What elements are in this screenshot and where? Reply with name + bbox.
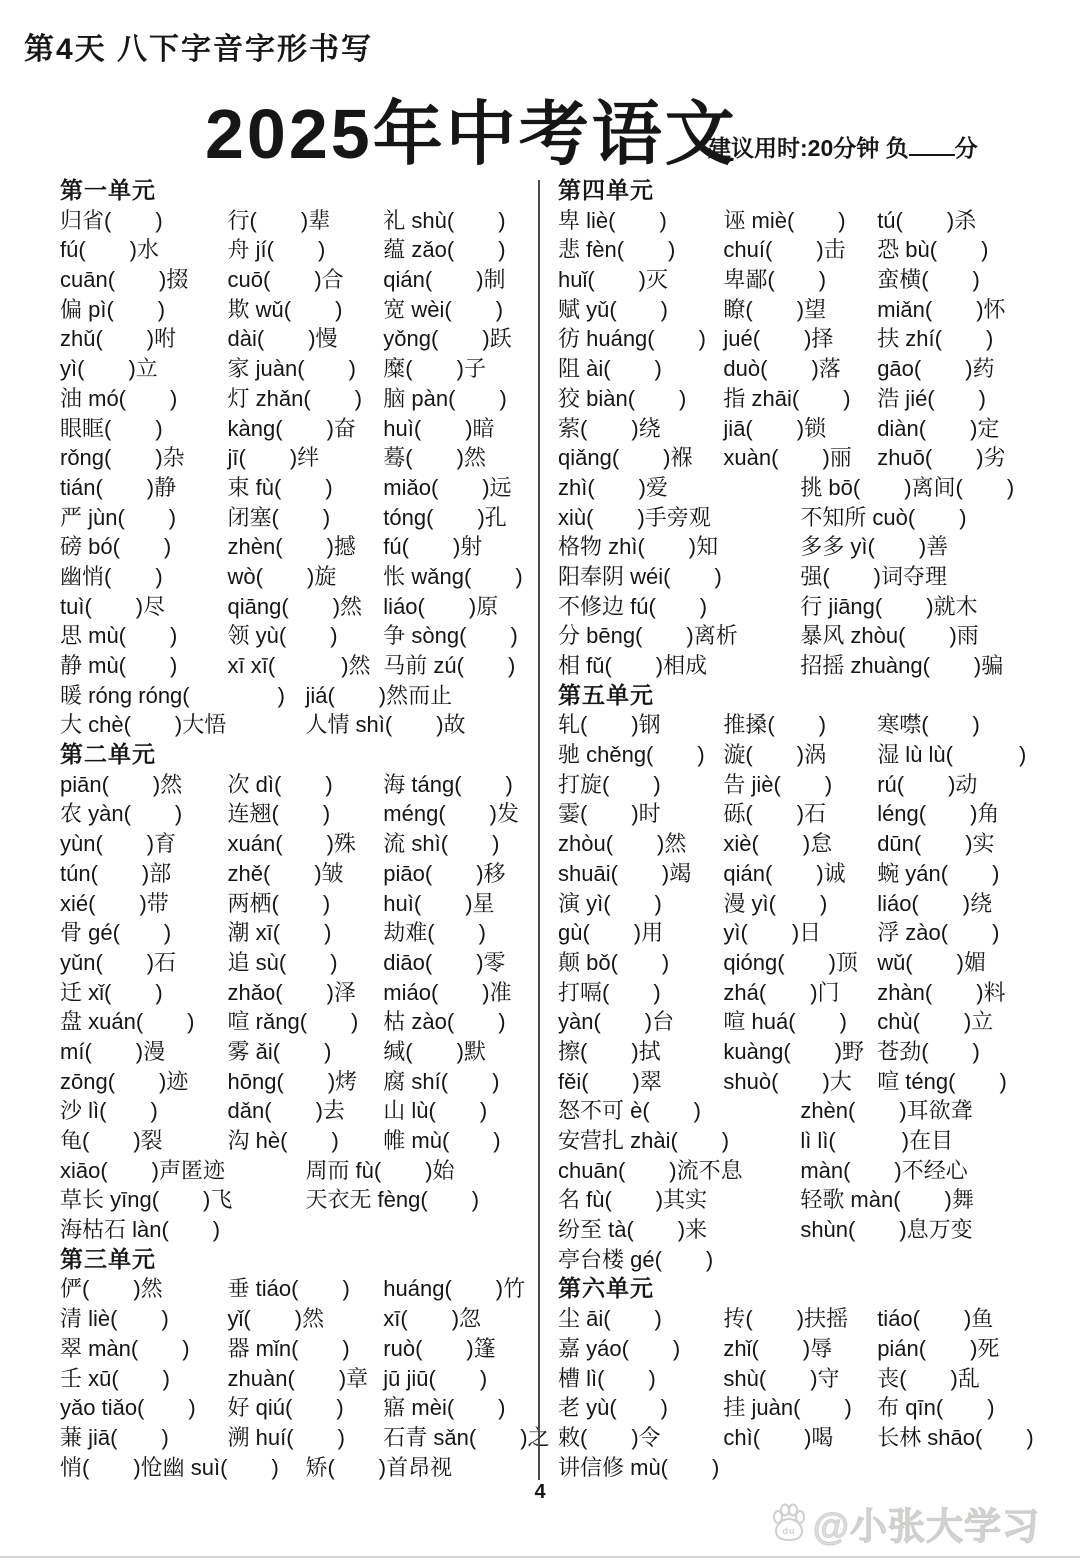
exercise-item: 矫( )首昂视 [305,1453,532,1483]
exercise-row: xiù( )手旁观不知所 cuò( ) [558,503,1024,533]
exercise-item: jué( )择 [723,324,877,354]
exercise-row: 沙 lì( )dǎn( )去山 lù( ) [60,1096,532,1126]
exercise-row: 格物 zhì( )知多多 yì( )善 [558,532,1024,562]
exercise-item: ruò( )篷 [383,1334,532,1364]
exercise-item: tóng( )孔 [383,503,532,533]
exercise-item: 严 jùn( ) [60,503,228,533]
exercise-item: 颠 bǒ( ) [558,948,723,978]
exercise-item: miǎn( )怀 [877,295,1024,325]
exercise-item: 蜿 yán( ) [877,859,1024,889]
exercise-item: 归省( ) [60,206,228,236]
exercise-item: huì( )暗 [383,414,532,444]
exercise-item: 瞭( )望 [723,295,877,325]
exercise-item: cuō( )合 [228,265,384,295]
svg-text:du: du [782,1526,795,1536]
exercise-row: 眼眶( )kàng( )奋huì( )暗 [60,414,532,444]
score-prefix: 负 [886,135,909,161]
exercise-item: zhàn( )料 [877,978,1024,1008]
exercise-item: hōng( )烤 [228,1067,384,1097]
score-suffix: 分 [955,135,978,161]
suggested-time-note: 建议用时:20分钟 负分 [708,130,978,163]
exercise-item: 讲信修 mù( ) [558,1453,1024,1483]
exercise-item: diāo( )零 [383,948,532,978]
exercise-item: chuān( )流不息 [558,1156,800,1186]
exercise-item: huì( )星 [383,889,532,919]
exercise-item: 蕴 zǎo( ) [383,235,532,265]
exercise-item: 恐 bù( ) [877,235,1024,265]
exercise-row: 龟( )裂沟 hè( )帷 mù( ) [60,1126,532,1156]
section-heading: 第四单元 [558,176,1024,206]
exercise-item: 喧 téng( ) [877,1067,1024,1097]
exercise-item: 诬 miè( ) [723,206,877,236]
exercise-item: zhòu( )然 [558,829,723,859]
exercise-item: 阻 ài( ) [558,354,723,384]
exercise-item: 卑 liè( ) [558,206,723,236]
exercise-item: 垂 tiáo( ) [228,1274,384,1304]
exercise-item: shù( )守 [723,1364,877,1394]
exercise-row: 轧( )钢推搡( )寒噤( ) [558,710,1024,740]
exercise-item: qiāng( )然 [228,592,384,622]
exercise-row: yùn( )育xuán( )殊流 shì( ) [60,829,532,859]
exercise-row: piān( )然次 dì( )海 táng( ) [60,770,532,800]
exercise-row: fěi( )翠shuò( )大喧 téng( ) [558,1067,1024,1097]
exercise-item: zhì( )爱 [558,473,800,503]
exercise-item: 眼眶( ) [60,414,228,444]
exercise-item: huáng( )竹 [383,1274,532,1304]
exercise-item: 暴风 zhòu( )雨 [800,621,1024,651]
exercise-item: 分 bēng( )离析 [558,621,800,651]
exercise-item: 阳奉阴 wéi( ) [558,562,800,592]
exercise-item: 寒噤( ) [877,710,1024,740]
exercise-item: 怒不可 è( ) [558,1096,800,1126]
exercise-item: xuán( )殊 [228,829,384,859]
exercise-row: yǎo tiǎo( )好 qiú( )寤 mèi( ) [60,1393,532,1423]
exercise-item: 砾( )石 [723,799,877,829]
exercise-item: 擦( )拭 [558,1037,723,1067]
exercise-item: 家 juàn( ) [228,354,384,384]
exercise-item: jiá( )然而止 [305,681,532,711]
exercise-item: zhǔ( )咐 [60,324,228,354]
exercise-row: gù( )用yì( )日浮 zào( ) [558,918,1024,948]
exercise-row: 不修边 fú( )行 jiāng( )就木 [558,592,1024,622]
exercise-row: 相 fǔ( )相成招摇 zhuàng( )骗 [558,651,1024,681]
exercise-item: fú( )水 [60,235,228,265]
exercise-item: 浮 zào( ) [877,918,1024,948]
exercise-item: 驰 chěng( ) [558,740,723,770]
exercise-row: 萦( )绕jiā( )锁diàn( )定 [558,414,1024,444]
exercise-item: zhá( )门 [723,978,877,1008]
exercise-item: 喧 huá( ) [723,1007,877,1037]
exercise-item: 清 liè( ) [60,1304,228,1334]
exercise-item: 静 mù( ) [60,651,228,681]
exercise-row: 悲 fèn( )chuí( )击恐 bù( ) [558,235,1024,265]
exercise-item: tú( )杀 [877,206,1024,236]
exercise-item: liáo( )绕 [877,889,1024,919]
exercise-item: 演 yì( ) [558,889,723,919]
exercise-item: yǒng( )跃 [383,324,532,354]
exercise-item: 格物 zhì( )知 [558,532,800,562]
exercise-item: 赋 yǔ( ) [558,295,723,325]
section-heading: 第一单元 [60,176,532,206]
exercise-item: 漩( )涡 [723,740,877,770]
bottom-rule [0,1556,1080,1558]
exercise-item: 推搡( ) [723,710,877,740]
exercise-item: xī( )忽 [383,1304,532,1334]
exercise-row: 颠 bǒ( )qióng( )顶wǔ( )媚 [558,948,1024,978]
exercise-item: xiāo( )声匿迹 [60,1156,305,1186]
exercise-row: 骨 gé( )潮 xī( )劫难( ) [60,918,532,948]
exercise-item: miǎo( )远 [383,473,532,503]
exercise-item: piāo( )移 [383,859,532,889]
exercise-item: 器 mǐn( ) [228,1334,384,1364]
exercise-item: 马前 zú( ) [383,651,532,681]
exercise-item: zōng( )迹 [60,1067,228,1097]
exercise-row: yì( )立家 juàn( )糜( )子 [60,354,532,384]
exercise-item: 天衣无 fèng( ) [305,1185,532,1215]
exercise-item: dài( )慢 [228,324,384,354]
exercise-item: piān( )然 [60,770,228,800]
exercise-item: jiā( )锁 [723,414,877,444]
exercise-item: 雾 ǎi( ) [228,1037,384,1067]
exercise-row: xié( )带两栖( )huì( )星 [60,889,532,919]
exercise-item: méng( )发 [383,799,532,829]
exercise-item: 抟( )扶摇 [723,1304,877,1334]
exercise-item: rǒng( )杂 [60,443,228,473]
exercise-row: 打旋( )告 jiè( )rú( )动 [558,770,1024,800]
exercise-row: 草长 yīng( )飞天衣无 fèng( ) [60,1185,532,1215]
exercise-item: 油 mó( ) [60,384,228,414]
exercise-item: wò( )旋 [228,562,384,592]
exercise-row: 蒹 jiā( )溯 huí( )石青 sǎn( )之 [60,1423,532,1453]
exercise-item: 不修边 fú( ) [558,592,800,622]
exercise-item: gāo( )药 [877,354,1024,384]
exercise-item: 亭台楼 gé( ) [558,1245,1024,1275]
exercise-item: 人情 shì( )故 [305,710,532,740]
exercise-item: 尘 āi( ) [558,1304,723,1334]
exercise-row: 油 mó( )灯 zhǎn( )脑 pàn( ) [60,384,532,414]
exercise-row: 严 jùn( )闭塞( )tóng( )孔 [60,503,532,533]
exercise-row: 清 liè( )yǐ( )然xī( )忽 [60,1304,532,1334]
exercise-item: 纷至 tà( )来 [558,1215,800,1245]
exercise-item: xié( )带 [60,889,228,919]
exercise-item: shuāi( )竭 [558,859,723,889]
page-title: 2025年中考语文 [205,78,738,179]
exercise-row: 安营扎 zhài( )lì lì( )在目 [558,1126,1024,1156]
section-heading: 第五单元 [558,681,1024,711]
exercise-row: 纷至 tà( )来shùn( )息万变 [558,1215,1024,1245]
exercise-item: xī xī( )然 [228,651,384,681]
exercise-item: 喧 rǎng( ) [228,1007,384,1037]
section-heading: 第三单元 [60,1245,532,1275]
exercise-row: tuì( )尽qiāng( )然liáo( )原 [60,592,532,622]
exercise-item: 好 qiú( ) [228,1393,384,1423]
exercise-row: 壬 xū( )zhuàn( )章jū jiū( ) [60,1364,532,1394]
exercise-item: diàn( )定 [877,414,1024,444]
exercise-item: duò( )落 [723,354,877,384]
exercise-item: 霎( )时 [558,799,723,829]
exercise-row: 暖 róng róng( )jiá( )然而止 [60,681,532,711]
exercise-item: 枯 zào( ) [383,1007,532,1037]
exercise-item: 沙 lì( ) [60,1096,228,1126]
exercise-row: 阻 ài( )duò( )落gāo( )药 [558,354,1024,384]
exercise-row: 尘 āi( )抟( )扶摇tiáo( )鱼 [558,1304,1024,1334]
exercise-row: 狡 biàn( )指 zhāi( )浩 jié( ) [558,384,1024,414]
exercise-item: 糜( )子 [383,354,532,384]
exercise-item: 打嗝( ) [558,978,723,1008]
page-header: 第4天 八下字音字形书写 [24,24,373,68]
exercise-item: 行( )辈 [228,206,384,236]
exercise-item: rú( )动 [877,770,1024,800]
exercise-row: 磅 bó( )zhèn( )撼fú( )射 [60,532,532,562]
exercise-item: mí( )漫 [60,1037,228,1067]
exercise-row: 悄( )怆幽 suì( )矫( )首昂视 [60,1453,532,1483]
exercise-item: zhǎo( )泽 [228,978,384,1008]
exercise-item: miáo( )准 [383,978,532,1008]
exercise-item: 湿 lù lù( ) [877,740,1026,770]
exercise-row: 海枯石 làn( ) [60,1215,532,1245]
exercise-row: 偏 pì( )欺 wǔ( )宽 wèi( ) [60,295,532,325]
exercise-item: 蒹 jiā( ) [60,1423,228,1453]
exercise-row: tián( )静束 fù( )miǎo( )远 [60,473,532,503]
exercise-item: 布 qīn( ) [877,1393,1024,1423]
exercise-item: tún( )部 [60,859,228,889]
exercise-item: 迁 xǐ( ) [60,978,228,1008]
exercise-row: 归省( )行( )辈礼 shù( ) [60,206,532,236]
exercise-item: 挑 bō( )离间( ) [800,473,1024,503]
exercise-item: chuí( )击 [723,235,877,265]
exercise-item: qián( )诚 [723,859,877,889]
exercise-item: 石青 sǎn( )之 [383,1423,549,1453]
exercise-item: liáo( )原 [383,592,532,622]
exercise-row: 盘 xuán( )喧 rǎng( )枯 zào( ) [60,1007,532,1037]
exercise-item: 悄( )怆幽 suì( ) [60,1453,305,1483]
exercise-item: yǔn( )石 [60,948,228,978]
exercise-item: 思 mù( ) [60,621,228,651]
score-blank [909,134,955,156]
exercise-item: wǔ( )媚 [877,948,1024,978]
exercise-row: zhǔ( )咐dài( )慢yǒng( )跃 [60,324,532,354]
exercise-item: 次 dì( ) [228,770,384,800]
exercise-item: 连翘( ) [228,799,384,829]
exercise-item: 偏 pì( ) [60,295,228,325]
exercise-item: 槽 lì( ) [558,1364,723,1394]
exercise-item: 海 táng( ) [383,770,532,800]
exercise-item: 不知所 cuò( ) [800,503,1024,533]
exercise-row: 分 bēng( )离析暴风 zhòu( )雨 [558,621,1024,651]
exercise-row: 卑 liè( )诬 miè( )tú( )杀 [558,206,1024,236]
exercise-item: 彷 huáng( ) [558,324,723,354]
section-heading: 第二单元 [60,740,532,770]
exercise-row: fú( )水舟 jí( )蕴 zǎo( ) [60,235,532,265]
exercise-item: 悲 fèn( ) [558,235,723,265]
left-column: 第一单元归省( )行( )辈礼 shù( )fú( )水舟 jí( )蕴 zǎo… [60,176,532,1482]
exercise-item: 行 jiāng( )就木 [800,592,1024,622]
exercise-item: pián( )死 [877,1334,1024,1364]
exercise-item: 腐 shí( ) [383,1067,532,1097]
exercise-row: 擦( )拭kuàng( )野苍劲( ) [558,1037,1024,1067]
exercise-item: 两栖( ) [228,889,384,919]
exercise-item: 龟( )裂 [60,1126,228,1156]
exercise-item: yǐ( )然 [228,1304,384,1334]
section-heading: 第六单元 [558,1274,1024,1304]
exercise-item: 指 zhāi( ) [723,384,877,414]
exercise-item: yì( )立 [60,354,228,384]
exercise-item: 名 fù( )其实 [558,1185,800,1215]
exercise-item: 骨 gé( ) [60,918,228,948]
exercise-row: qiǎng( )褓xuàn( )丽zhuō( )劣 [558,443,1024,473]
exercise-item: 礼 shù( ) [383,206,532,236]
exercise-item: fěi( )翠 [558,1067,723,1097]
exercise-row: yàn( )台喧 huá( )chù( )立 [558,1007,1024,1037]
exercise-row: zōng( )迹hōng( )烤腐 shí( ) [60,1067,532,1097]
exercise-row: huǐ( )灭卑鄙( )蛮横( ) [558,265,1024,295]
exercise-row: 大 chè( )大悟人情 shì( )故 [60,710,532,740]
exercise-item: 长林 shāo( ) [877,1423,1033,1453]
exercise-item: qiǎng( )褓 [558,443,723,473]
exercise-row: 讲信修 mù( ) [558,1453,1024,1483]
exercise-item: 寤 mèi( ) [383,1393,532,1423]
exercise-item: kuàng( )野 [723,1037,877,1067]
exercise-item: shuò( )大 [723,1067,877,1097]
exercise-item: tián( )静 [60,473,228,503]
exercise-row: 演 yì( )漫 yì( )liáo( )绕 [558,889,1024,919]
exercise-item: zhuàn( )章 [228,1364,384,1394]
exercise-item: xiè( )怠 [723,829,877,859]
exercise-item: zhě( )皱 [228,859,384,889]
exercise-row: 阳奉阴 wéi( )强( )词夺理 [558,562,1024,592]
exercise-item: 扶 zhí( ) [877,324,1024,354]
exercise-item: 蓦( )然 [383,443,532,473]
exercise-item: 领 yù( ) [228,621,384,651]
exercise-item: 挂 juàn( ) [723,1393,877,1423]
exercise-item: 轻歌 màn( )舞 [800,1185,1024,1215]
exercise-item: 老 yù( ) [558,1393,723,1423]
exercise-item: 束 fù( ) [228,473,384,503]
exercise-item: yàn( )台 [558,1007,723,1037]
exercise-row: shuāi( )竭qián( )诚蜿 yán( ) [558,859,1024,889]
exercise-item: tiáo( )鱼 [877,1304,1024,1334]
exercise-item: zhuō( )劣 [877,443,1024,473]
exercise-item: qióng( )顶 [723,948,877,978]
exercise-item: 告 jiè( ) [723,770,877,800]
exercise-row: 霎( )时砾( )石léng( )角 [558,799,1024,829]
exercise-item: 流 shì( ) [383,829,532,859]
exercise-item: gù( )用 [558,918,723,948]
exercise-row: 彷 huáng( )jué( )择扶 zhí( ) [558,324,1024,354]
exercise-row: 槽 lì( )shù( )守丧( )乱 [558,1364,1024,1394]
exercise-row: 幽悄( )wò( )旋怅 wǎng( ) [60,562,532,592]
exercise-item: yǎo tiǎo( ) [60,1393,228,1423]
exercise-item: 轧( )钢 [558,710,723,740]
exercise-row: yǔn( )石追 sù( )diāo( )零 [60,948,532,978]
exercise-item: léng( )角 [877,799,1024,829]
exercise-item: fú( )射 [383,532,532,562]
exercise-row: zhì( )爱挑 bō( )离间( ) [558,473,1024,503]
exercise-row: 静 mù( )xī xī( )然马前 zú( ) [60,651,532,681]
exercise-row: chuān( )流不息màn( )不经心 [558,1156,1024,1186]
time-label: 建议用时:20分钟 [708,135,879,161]
exercise-item: 欺 wǔ( ) [228,295,384,325]
exercise-item: 嘉 yáo( ) [558,1334,723,1364]
exercise-item: màn( )不经心 [800,1156,1024,1186]
exercise-item: yì( )日 [723,918,877,948]
exercise-item: 萦( )绕 [558,414,723,444]
exercise-item: 农 yàn( ) [60,799,228,829]
exercise-item: jū jiū( ) [383,1364,532,1394]
exercise-row: 俨( )然垂 tiáo( )huáng( )竹 [60,1274,532,1304]
exercise-item: 争 sòng( ) [383,621,532,651]
worksheet-content: 第一单元归省( )行( )辈礼 shù( )fú( )水舟 jí( )蕴 zǎo… [0,176,1080,1486]
exercise-row: 驰 chěng( )漩( )涡湿 lù lù( ) [558,740,1024,770]
exercise-item: yùn( )育 [60,829,228,859]
exercise-item: zhǐ( )辱 [723,1334,877,1364]
exercise-item: 强( )词夺理 [800,562,1024,592]
exercise-item: 盘 xuán( ) [60,1007,228,1037]
exercise-item: 缄( )默 [383,1037,532,1067]
exercise-item: 漫 yì( ) [723,889,877,919]
exercise-item: 敕( )令 [558,1423,723,1453]
exercise-item: 浩 jié( ) [877,384,1024,414]
exercise-item: huǐ( )灭 [558,265,723,295]
exercise-row: 怒不可 è( )zhèn( )耳欲聋 [558,1096,1024,1126]
exercise-row: zhòu( )然xiè( )怠dūn( )实 [558,829,1024,859]
exercise-item: 卑鄙( ) [723,265,877,295]
exercise-item: 劫难( ) [383,918,532,948]
exercise-item: cuān( )掇 [60,265,228,295]
exercise-item: 脑 pàn( ) [383,384,532,414]
exercise-item: 周而 fù( )始 [305,1156,532,1186]
exercise-item: 追 sù( ) [228,948,384,978]
exercise-row: 打嗝( )zhá( )门zhàn( )料 [558,978,1024,1008]
exercise-item: 溯 huí( ) [228,1423,384,1453]
exercise-item: chì( )喝 [723,1423,877,1453]
exercise-item: 沟 hè( ) [228,1126,384,1156]
right-column: 第四单元卑 liè( )诬 miè( )tú( )杀悲 fèn( )chuí( … [558,176,1024,1482]
exercise-item: 山 lù( ) [383,1096,532,1126]
exercise-item: 苍劲( ) [877,1037,1024,1067]
exercise-row: 迁 xǐ( )zhǎo( )泽miáo( )准 [60,978,532,1008]
exercise-item: xuàn( )丽 [723,443,877,473]
exercise-row: xiāo( )声匿迹周而 fù( )始 [60,1156,532,1186]
exercise-item: 舟 jí( ) [228,235,384,265]
exercise-item: kàng( )奋 [228,414,384,444]
exercise-item: xiù( )手旁观 [558,503,800,533]
exercise-item: 磅 bó( ) [60,532,228,562]
exercise-item: 草长 yīng( )飞 [60,1185,305,1215]
exercise-row: 亭台楼 gé( ) [558,1245,1024,1275]
exercise-item: tuì( )尽 [60,592,228,622]
exercise-item: 壬 xū( ) [60,1364,228,1394]
exercise-item: chù( )立 [877,1007,1024,1037]
exercise-item: 帷 mù( ) [383,1126,532,1156]
exercise-item: 潮 xī( ) [228,918,384,948]
exercise-item: 招摇 zhuàng( )骗 [800,651,1024,681]
exercise-row: tún( )部zhě( )皱piāo( )移 [60,859,532,889]
exercise-item: dǎn( )去 [228,1096,384,1126]
exercise-row: 赋 yǔ( )瞭( )望miǎn( )怀 [558,295,1024,325]
exercise-item: 安营扎 zhài( ) [558,1126,800,1156]
exercise-row: 老 yù( )挂 juàn( )布 qīn( ) [558,1393,1024,1423]
exercise-item: 蛮横( ) [877,265,1024,295]
watermark: du @小张大学习 [769,1496,1040,1550]
exercise-item: zhèn( )撼 [228,532,384,562]
exercise-item: 暖 róng róng( ) [60,681,305,711]
exercise-item: shùn( )息万变 [800,1215,1024,1245]
exercise-item: 多多 yì( )善 [800,532,1024,562]
exercise-row: 名 fù( )其实轻歌 màn( )舞 [558,1185,1024,1215]
exercise-item: 俨( )然 [60,1274,228,1304]
exercise-row: 嘉 yáo( )zhǐ( )辱pián( )死 [558,1334,1024,1364]
